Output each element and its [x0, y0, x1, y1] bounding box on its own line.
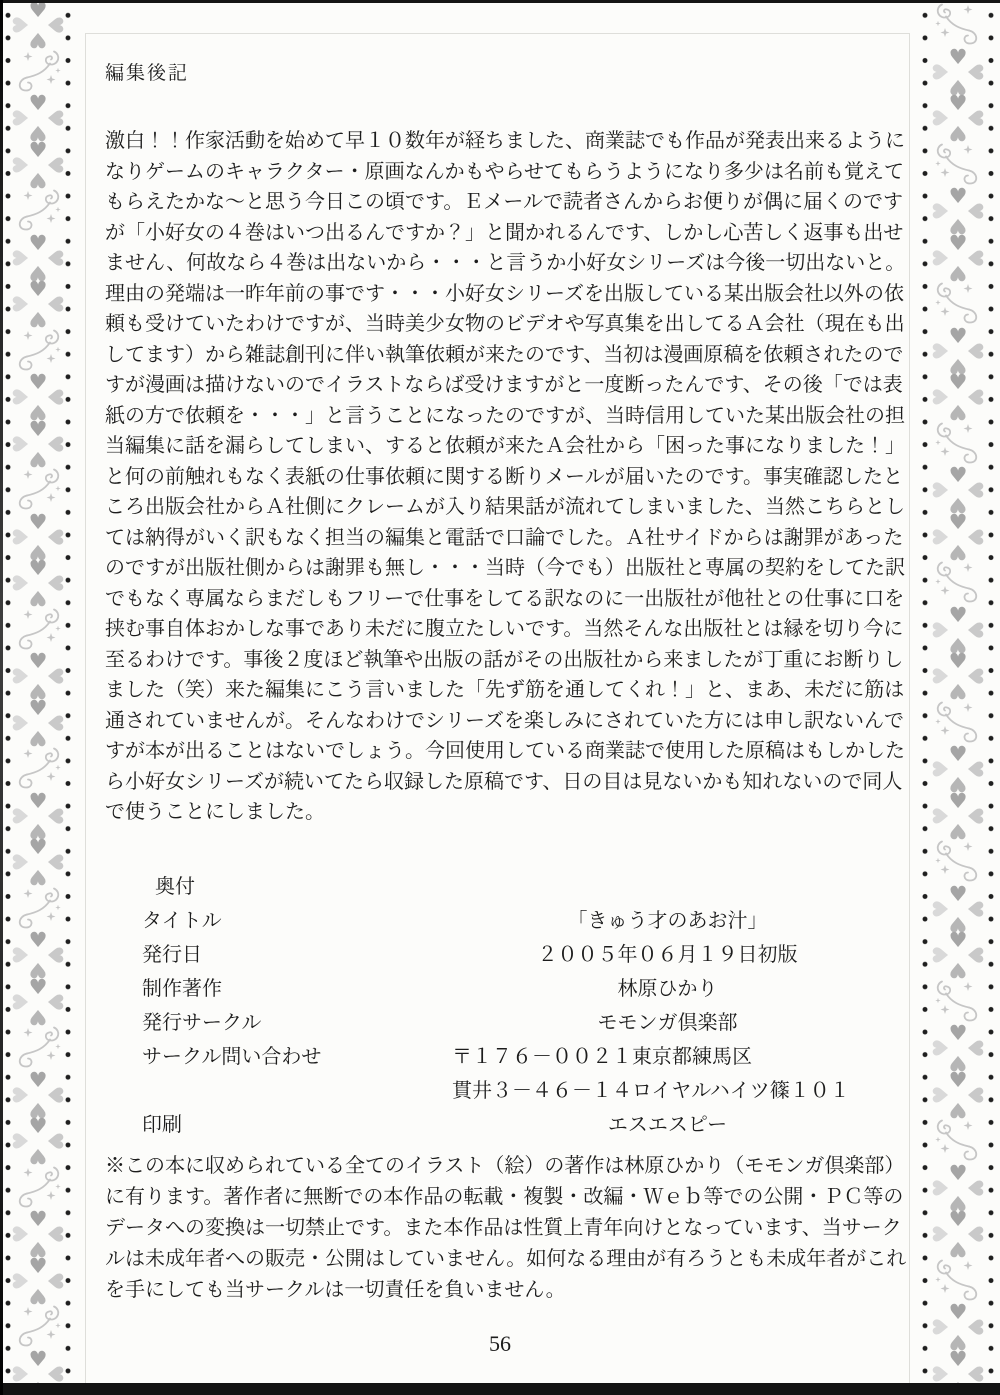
border-pattern-cell: ♥ ♥ ♥ ♥	[12, 2, 64, 49]
heart-icon: ♥	[932, 341, 952, 360]
colophon-row: タイトル 「きゅう才のあお汁」	[105, 904, 915, 938]
page-title: 編集後記	[105, 58, 189, 85]
heart-icon: ♥	[964, 248, 984, 267]
heart-icon: ♥	[44, 295, 64, 314]
heart-icon: ♥	[964, 899, 984, 918]
heart-clover-icon: ♥ ♥ ♥ ♥	[14, 1118, 62, 1164]
scan-edge-bottom	[0, 1383, 1000, 1395]
heart-clover-icon: ♥ ♥ ♥ ♥	[934, 1025, 982, 1071]
colophon-label: タイトル	[105, 904, 420, 938]
heart-icon: ♥	[932, 62, 952, 81]
border-pattern-cell: ♥ ♥ ♥ ♥	[932, 1025, 984, 1072]
heart-icon: ♥	[964, 481, 984, 500]
swirl-flourish-icon	[14, 465, 62, 516]
heart-icon: ♥	[44, 713, 64, 732]
heart-icon: ♥	[12, 713, 32, 732]
heart-icon: ♥	[12, 155, 32, 174]
heart-icon: ♥	[932, 806, 952, 825]
swirl-flourish-icon	[14, 1162, 62, 1213]
body-line: もらえたかな～と思う今日この頃です。Ｅメールで読者さんからお便りが偶に届くのです	[105, 187, 915, 218]
border-pattern-cell	[932, 142, 984, 189]
heart-icon: ♥	[932, 1039, 952, 1058]
dot-column	[987, 4, 995, 1383]
colophon-value: モモンガ倶楽部	[420, 1006, 915, 1040]
heart-icon: ♥	[12, 248, 32, 267]
border-pattern-cell	[12, 1165, 64, 1212]
border-pattern-cell	[932, 1258, 984, 1305]
heart-icon: ♥	[964, 109, 984, 128]
border-pattern-cell: ♥ ♥ ♥ ♥	[932, 1072, 984, 1119]
heart-clover-icon: ♥ ♥ ♥ ♥	[934, 95, 982, 141]
border-pattern-cell: ♥ ♥ ♥ ♥	[12, 1211, 64, 1258]
heart-icon: ♥	[932, 667, 952, 686]
colophon-value: ２００５年０６月１９日初版	[420, 938, 915, 972]
colophon-row: サークル問い合わせ 〒１７６－００２１東京都練馬区	[105, 1040, 915, 1074]
heart-clover-icon: ♥ ♥ ♥ ♥	[934, 607, 982, 653]
colophon-label	[105, 1074, 420, 1108]
border-pattern-cell: ♥ ♥ ♥ ♥	[12, 281, 64, 328]
border-pattern-cell: ♥ ♥ ♥ ♥	[932, 746, 984, 793]
heart-icon: ♥	[44, 434, 64, 453]
colophon-heading: 奥付	[105, 870, 915, 904]
heart-icon: ♥	[932, 481, 952, 500]
body-line: 激白！！作家活動を始めて早１０数年が経ちました、商業誌でも作品が発表出来るように	[105, 126, 915, 157]
border-pattern-cell	[932, 421, 984, 468]
border-pattern-cell: ♥ ♥ ♥ ♥	[12, 932, 64, 979]
heart-clover-icon: ♥ ♥ ♥ ♥	[934, 374, 982, 420]
border-pattern-cell: ♥ ♥ ♥ ♥	[12, 1072, 64, 1119]
body-line: のですが出版社側からは謝罪も無し・・・当時（今でも）出版社と専属の契約をしてた訳	[105, 553, 915, 584]
heart-clover-icon: ♥ ♥ ♥ ♥	[14, 2, 62, 48]
border-pattern-cell	[932, 839, 984, 886]
heart-icon: ♥	[44, 1225, 64, 1244]
heart-icon: ♥	[964, 620, 984, 639]
heart-icon: ♥	[964, 388, 984, 407]
heart-clover-icon: ♥ ♥ ♥ ♥	[14, 700, 62, 746]
heart-clover-icon: ♥ ♥ ♥ ♥	[934, 188, 982, 234]
disclaimer-line: データへの変換は一切禁止です。また本作品は性質上青年向けとなっています、当サーク	[105, 1213, 915, 1244]
heart-icon: ♥	[932, 760, 952, 779]
border-pattern-cell: ♥ ♥ ♥ ♥	[12, 421, 64, 468]
afterword-body: 激白！！作家活動を始めて早１０数年が経ちました、商業誌でも作品が発表出来るように…	[105, 126, 915, 828]
colophon-row: 発行日 ２００５年０６月１９日初版	[105, 938, 915, 972]
heart-icon: ♥	[932, 109, 952, 128]
border-pattern-cell: ♥ ♥ ♥ ♥	[12, 1118, 64, 1165]
heart-clover-icon: ♥ ♥ ♥ ♥	[14, 95, 62, 141]
heart-icon: ♥	[12, 1364, 32, 1383]
heart-icon: ♥	[932, 202, 952, 221]
colophon-value: 〒１７６－００２１東京都練馬区	[420, 1040, 915, 1074]
border-pattern-cell: ♥ ♥ ♥ ♥	[932, 514, 984, 561]
swirl-flourish-icon	[934, 418, 982, 469]
heart-clover-icon: ♥ ♥ ♥ ♥	[934, 1072, 982, 1118]
heart-icon: ♥	[964, 806, 984, 825]
heart-icon: ♥	[932, 388, 952, 407]
heart-clover-icon: ♥ ♥ ♥ ♥	[934, 793, 982, 839]
heart-icon: ♥	[964, 202, 984, 221]
heart-icon: ♥	[44, 806, 64, 825]
heart-icon: ♥	[44, 248, 64, 267]
heart-icon: ♥	[932, 1085, 952, 1104]
border-pattern-cell	[12, 1025, 64, 1072]
heart-clover-icon: ♥ ♥ ♥ ♥	[14, 142, 62, 188]
swirl-flourish-icon	[934, 2, 982, 51]
body-line: 当編集に話を漏らしてしまい、すると依頼が来たＡ会社から「困った事になりました！」	[105, 431, 915, 462]
body-line: なりゲームのキャラクター・原画なんかもやらせてもらうようになり多少は名前も覚えて	[105, 157, 915, 188]
body-line: 紙の方で依頼を・・・」と言うことになったのですが、当時信用していた某出版会社の担	[105, 401, 915, 432]
border-pattern-cell: ♥ ♥ ♥ ♥	[932, 1211, 984, 1258]
colophon-value: 「きゅう才のあお汁」	[420, 904, 915, 938]
border-pattern-cell: ♥ ♥ ♥ ♥	[932, 328, 984, 375]
border-pattern-cell	[12, 886, 64, 933]
heart-clover-icon: ♥ ♥ ♥ ♥	[14, 1072, 62, 1118]
heart-icon: ♥	[12, 388, 32, 407]
border-pattern-cell: ♥ ♥ ♥ ♥	[12, 95, 64, 142]
heart-icon: ♥	[12, 946, 32, 965]
colophon-row: 発行サークル モモンガ倶楽部	[105, 1006, 915, 1040]
colophon: 奥付 タイトル 「きゅう才のあお汁」 発行日 ２００５年０６月１９日初版 制作著…	[105, 870, 915, 1142]
heart-icon: ♥	[12, 109, 32, 128]
body-line: 頼も受けていたわけですが、当時美少女物のビデオや写真集を出してるＡ会社（現在も出	[105, 309, 915, 340]
body-line: でもなく専属ならまだしもフリーで仕事をしてる訳なのに一出版社が他社との仕事に口を	[105, 584, 915, 615]
heart-clover-icon: ♥ ♥ ♥ ♥	[934, 49, 982, 95]
heart-icon: ♥	[932, 248, 952, 267]
border-pattern-cell: ♥ ♥ ♥ ♥	[12, 514, 64, 561]
right-decorative-border: ♥ ♥ ♥ ♥ ♥ ♥ ♥ ♥ ♥ ♥ ♥ ♥ ♥ ♥ ♥ ♥	[918, 0, 1000, 1395]
heart-icon: ♥	[44, 1085, 64, 1104]
heart-icon: ♥	[44, 155, 64, 174]
heart-icon: ♥	[964, 667, 984, 686]
border-pattern-cell	[12, 607, 64, 654]
heart-icon: ♥	[12, 16, 32, 35]
heart-icon: ♥	[44, 527, 64, 546]
heart-icon: ♥	[44, 388, 64, 407]
heart-clover-icon: ♥ ♥ ♥ ♥	[14, 1258, 62, 1304]
heart-clover-icon: ♥ ♥ ♥ ♥	[934, 235, 982, 281]
colophon-value: 林原ひかり	[420, 972, 915, 1006]
border-pattern-cell: ♥ ♥ ♥ ♥	[932, 374, 984, 421]
body-line: ました（笑）来た編集にこう言いました「先ず筋を通してくれ！」と、まあ、未だに筋は	[105, 675, 915, 706]
scan-edge-left	[0, 0, 3, 1395]
colophon-row: 制作著作 林原ひかり	[105, 972, 915, 1006]
swirl-flourish-icon	[14, 744, 62, 795]
disclaimer-line: に有ります。著作者に無断での本作品の転載・複製・改編・Ｗｅｂ等での公開・ＰＣ等の	[105, 1182, 915, 1213]
border-pattern-cell: ♥ ♥ ♥ ♥	[932, 49, 984, 96]
body-line: 通されていませんが。そんなわけでシリーズを楽しみにされていた方には申し訳ないんで	[105, 706, 915, 737]
border-pattern-cell	[12, 467, 64, 514]
border-pattern-cell: ♥ ♥ ♥ ♥	[12, 979, 64, 1026]
colophon-label: 印刷	[105, 1108, 420, 1142]
heart-icon: ♥	[44, 16, 64, 35]
left-decorative-border: ♥ ♥ ♥ ♥ ♥ ♥ ♥ ♥ ♥ ♥ ♥ ♥	[0, 0, 82, 1395]
border-pattern-cell: ♥ ♥ ♥ ♥	[932, 235, 984, 282]
border-pattern-cell	[932, 700, 984, 747]
border-pattern-cell: ♥ ♥ ♥ ♥	[932, 886, 984, 933]
swirl-flourish-icon	[14, 883, 62, 934]
colophon-label: 発行サークル	[105, 1006, 420, 1040]
heart-clover-icon: ♥ ♥ ♥ ♥	[14, 653, 62, 699]
border-pattern-cell	[12, 188, 64, 235]
dot-column	[4, 4, 12, 1383]
swirl-flourish-icon	[934, 558, 982, 609]
colophon-label: サークル問い合わせ	[105, 1040, 420, 1074]
heart-icon: ♥	[12, 1225, 32, 1244]
border-pattern-cell: ♥ ♥ ♥ ♥	[932, 653, 984, 700]
swirl-flourish-icon	[934, 139, 982, 190]
scan-edge-top	[0, 0, 1000, 3]
heart-icon: ♥	[44, 992, 64, 1011]
heart-icon: ♥	[12, 806, 32, 825]
border-pattern-cell: ♥ ♥ ♥ ♥	[932, 188, 984, 235]
body-line: 理由の発端は一昨年前の事です・・・小好女シリーズを出版している某出版会社以外の依	[105, 279, 915, 310]
border-pattern-cell: ♥ ♥ ♥ ♥	[12, 653, 64, 700]
heart-clover-icon: ♥ ♥ ♥ ♥	[14, 235, 62, 281]
heart-icon: ♥	[12, 295, 32, 314]
border-pattern-cell: ♥ ♥ ♥ ♥	[932, 932, 984, 979]
heart-clover-icon: ♥ ♥ ♥ ♥	[14, 560, 62, 606]
border-pattern-cell	[932, 281, 984, 328]
border-pattern-cell	[932, 2, 984, 49]
swirl-flourish-icon	[14, 46, 62, 97]
dot-column	[921, 4, 929, 1383]
heart-icon: ♥	[964, 1225, 984, 1244]
heart-icon: ♥	[44, 1364, 64, 1383]
colophon-label: 発行日	[105, 938, 420, 972]
border-pattern-cell	[12, 49, 64, 96]
border-pattern-cell: ♥ ♥ ♥ ♥	[932, 95, 984, 142]
swirl-flourish-icon	[934, 1255, 982, 1306]
heart-icon: ♥	[964, 760, 984, 779]
heart-swirl-pattern: ♥ ♥ ♥ ♥ ♥ ♥ ♥ ♥ ♥ ♥ ♥ ♥	[12, 2, 64, 1385]
heart-icon: ♥	[964, 1364, 984, 1383]
heart-icon: ♥	[12, 992, 32, 1011]
dot-column	[64, 4, 72, 1383]
heart-clover-icon: ♥ ♥ ♥ ♥	[14, 793, 62, 839]
heart-clover-icon: ♥ ♥ ♥ ♥	[934, 932, 982, 978]
heart-clover-icon: ♥ ♥ ♥ ♥	[14, 839, 62, 885]
swirl-flourish-icon	[14, 325, 62, 376]
heart-icon: ♥	[964, 1178, 984, 1197]
heart-icon: ♥	[44, 853, 64, 872]
body-line: ません、何故なら４巻は出ないから・・・と言うか小好女シリーズは今後一切出ないと。	[105, 248, 915, 279]
heart-icon: ♥	[12, 853, 32, 872]
body-line: すが本が出ることはないでしょう。今回使用している商業誌で使用した原稿はもしかした	[105, 736, 915, 767]
heart-icon: ♥	[12, 527, 32, 546]
border-pattern-cell	[932, 560, 984, 607]
disclaimer-line: ※この本に収められている全てのイラスト（絵）の著作は林原ひかり（モモンガ倶楽部）	[105, 1151, 915, 1182]
body-line: が「小好女の４巻はいつ出るんですか？」と聞かれるんです、しかし心苦しく返事も出せ	[105, 218, 915, 249]
swirl-flourish-icon	[14, 1023, 62, 1074]
border-pattern-cell	[12, 328, 64, 375]
heart-icon: ♥	[44, 109, 64, 128]
disclaimer-line: ルは未成年者への販売・公開はしていません。如何なる理由が有ろうとも未成年者がこれ	[105, 1244, 915, 1275]
body-line: すが漫画は描けないのでイラストならば受けますがと一度断ったんです、その後「では表	[105, 370, 915, 401]
heart-clover-icon: ♥ ♥ ♥ ♥	[934, 467, 982, 513]
heart-icon: ♥	[932, 1225, 952, 1244]
heart-clover-icon: ♥ ♥ ♥ ♥	[14, 281, 62, 327]
swirl-flourish-icon	[934, 976, 982, 1027]
colophon-row: 印刷 エスエスピー	[105, 1108, 915, 1142]
heart-icon: ♥	[932, 899, 952, 918]
scanned-doujinshi-afterword-page: ♥ ♥ ♥ ♥ ♥ ♥ ♥ ♥ ♥ ♥ ♥ ♥	[0, 0, 1000, 1395]
swirl-flourish-icon	[14, 604, 62, 655]
heart-icon: ♥	[44, 667, 64, 686]
heart-icon: ♥	[44, 1271, 64, 1290]
heart-icon: ♥	[44, 574, 64, 593]
border-pattern-cell: ♥ ♥ ♥ ♥	[932, 467, 984, 514]
body-line: ては納得がいく訳もなく担当の編集と電話で口論でした。Ａ社サイドからは謝罪があった	[105, 523, 915, 554]
heart-clover-icon: ♥ ♥ ♥ ♥	[14, 514, 62, 560]
heart-clover-icon: ♥ ♥ ♥ ♥	[934, 653, 982, 699]
border-pattern-cell: ♥ ♥ ♥ ♥	[12, 793, 64, 840]
heart-icon: ♥	[964, 946, 984, 965]
colophon-label: 制作著作	[105, 972, 420, 1006]
swirl-flourish-icon	[934, 837, 982, 888]
heart-clover-icon: ♥ ♥ ♥ ♥	[14, 1211, 62, 1257]
heart-icon: ♥	[12, 1085, 32, 1104]
heart-icon: ♥	[964, 341, 984, 360]
heart-icon: ♥	[12, 667, 32, 686]
border-pattern-cell: ♥ ♥ ♥ ♥	[932, 793, 984, 840]
border-pattern-cell: ♥ ♥ ♥ ♥	[12, 142, 64, 189]
border-pattern-cell: ♥ ♥ ♥ ♥	[12, 374, 64, 421]
colophon-row: 貫井３－４６－１４ロイヤルハイツ篠１０１	[105, 1074, 915, 1108]
colophon-value: エスエスピー	[420, 1108, 915, 1142]
heart-icon: ♥	[44, 1132, 64, 1151]
border-pattern-cell	[12, 746, 64, 793]
swirl-flourish-icon	[934, 697, 982, 748]
body-line: 至るわけです。事後２度ほど執筆や出版の話がその出版社から来ましたが丁重にお断りし	[105, 645, 915, 676]
swirl-flourish-icon	[14, 186, 62, 237]
heart-clover-icon: ♥ ♥ ♥ ♥	[934, 1211, 982, 1257]
heart-icon: ♥	[932, 946, 952, 965]
border-pattern-cell: ♥ ♥ ♥ ♥	[932, 607, 984, 654]
heart-icon: ♥	[932, 527, 952, 546]
border-pattern-cell	[932, 979, 984, 1026]
border-pattern-cell: ♥ ♥ ♥ ♥	[12, 235, 64, 282]
body-line: 挟む事自体おかしな事であり未だに腹立たしいです。当然そんな出版社とは縁を切り今に	[105, 614, 915, 645]
heart-clover-icon: ♥ ♥ ♥ ♥	[14, 932, 62, 978]
heart-icon: ♥	[44, 946, 64, 965]
heart-clover-icon: ♥ ♥ ♥ ♥	[934, 746, 982, 792]
heart-clover-icon: ♥ ♥ ♥ ♥	[14, 421, 62, 467]
border-pattern-cell: ♥ ♥ ♥ ♥	[12, 560, 64, 607]
body-line: ころ出版会社からＡ社側にクレームが入り結果話が流れてしまいました、当然こちらとし	[105, 492, 915, 523]
colophon-value: 貫井３－４６－１４ロイヤルハイツ篠１０１	[420, 1074, 915, 1108]
heart-icon: ♥	[964, 527, 984, 546]
heart-clover-icon: ♥ ♥ ♥ ♥	[14, 374, 62, 420]
heart-swirl-pattern: ♥ ♥ ♥ ♥ ♥ ♥ ♥ ♥ ♥ ♥ ♥ ♥ ♥ ♥ ♥ ♥	[932, 2, 984, 1385]
border-pattern-cell: ♥ ♥ ♥ ♥	[932, 1165, 984, 1212]
swirl-flourish-icon	[934, 279, 982, 330]
body-line: してます）から雑誌創刊に伴い執筆依頼が来たのです、当初は漫画原稿を依頼されたので	[105, 340, 915, 371]
page-number: 56	[0, 1331, 1000, 1357]
disclaimer-line: を手にしても当サークルは一切責任を負いません。	[105, 1275, 915, 1306]
heart-icon: ♥	[932, 1178, 952, 1197]
heart-clover-icon: ♥ ♥ ♥ ♥	[934, 514, 982, 560]
body-line: で使うことにしました。	[105, 797, 915, 828]
heart-icon: ♥	[12, 574, 32, 593]
copyright-disclaimer: ※この本に収められている全てのイラスト（絵）の著作は林原ひかり（モモンガ倶楽部）…	[105, 1151, 915, 1306]
heart-icon: ♥	[964, 1085, 984, 1104]
heart-icon: ♥	[12, 434, 32, 453]
border-pattern-cell	[932, 1118, 984, 1165]
swirl-flourish-icon	[934, 1116, 982, 1167]
body-line: と何の前触れもなく表紙の仕事依頼に関する断りメールが届いたのです。事実確認したと	[105, 462, 915, 493]
border-pattern-cell: ♥ ♥ ♥ ♥	[12, 839, 64, 886]
body-line: ら小好女シリーズが続いてたら収録した原稿です、日の目は見ないかも知れないので同人	[105, 767, 915, 798]
heart-icon: ♥	[932, 620, 952, 639]
heart-icon: ♥	[964, 62, 984, 81]
heart-clover-icon: ♥ ♥ ♥ ♥	[934, 1165, 982, 1211]
border-pattern-cell: ♥ ♥ ♥ ♥	[12, 1258, 64, 1305]
heart-clover-icon: ♥ ♥ ♥ ♥	[14, 979, 62, 1025]
border-pattern-cell: ♥ ♥ ♥ ♥	[12, 700, 64, 747]
heart-icon: ♥	[964, 1039, 984, 1058]
heart-icon: ♥	[12, 1271, 32, 1290]
heart-icon: ♥	[12, 1132, 32, 1151]
heart-icon: ♥	[932, 1364, 952, 1383]
heart-clover-icon: ♥ ♥ ♥ ♥	[934, 328, 982, 374]
heart-clover-icon: ♥ ♥ ♥ ♥	[934, 886, 982, 932]
